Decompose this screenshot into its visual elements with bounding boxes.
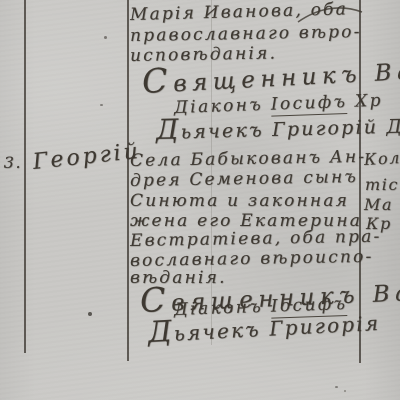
handwritten-line: дрея Семенова сынъ <box>130 167 358 191</box>
right-column-fragment: Кр <box>366 214 392 233</box>
handwritten-line: Синюта и законная <box>130 191 349 211</box>
right-column-fragment: тіс <box>365 175 399 194</box>
record-number: 13. <box>0 153 22 172</box>
ink-speck <box>335 386 338 388</box>
ink-speck <box>385 297 388 299</box>
scanned-register-page: законная жена его Марія Иванова, оба пра… <box>0 0 400 400</box>
ink-speck <box>88 312 92 316</box>
ink-speck <box>104 36 107 39</box>
ink-speck <box>100 104 103 106</box>
handwritten-line: православнаго вѣро- <box>130 22 362 46</box>
right-column-fragment: Ма <box>364 195 393 214</box>
column-rule-name <box>127 0 129 361</box>
record-name-georgiy: Георгій <box>32 139 142 175</box>
ink-speck <box>344 390 346 392</box>
right-column-fragment: Кола <box>364 147 400 168</box>
column-rule-left <box>24 0 26 353</box>
sexton-signature: Дьячекъ Григорій Д <box>156 108 400 146</box>
